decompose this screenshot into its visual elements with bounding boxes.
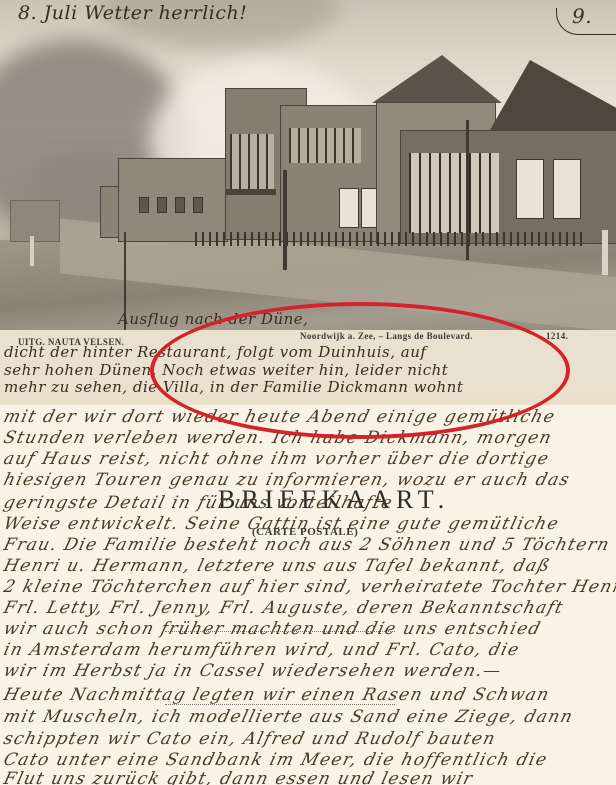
building-chalet-conservatory (400, 130, 616, 244)
handwriting-line: mit der wir dort wieder heute Abend eini… (2, 407, 616, 427)
building-hotel (118, 158, 228, 242)
handwritten-date-note: 8. Juli Wetter herrlich! (18, 2, 247, 24)
handwriting-line: 2 kleine Töchterchen auf hier sind, verh… (2, 577, 616, 597)
handwriting-line: mit Muscheln, ich modellierte aus Sand e… (2, 707, 616, 727)
handwriting-line: Weise entwickelt. Seine Gattin ist eine … (2, 514, 616, 534)
handwriting-line: wir auch schon früher machten und die un… (2, 619, 616, 639)
postcard-photo-side: 8. Juli Wetter herrlich! 9. Ausflug nach… (0, 0, 616, 395)
fence (195, 232, 585, 246)
chalet-roof (490, 60, 616, 130)
pole (466, 120, 469, 260)
handwriting-photo-line: dicht der hinter Restaurant, folgt vom D… (4, 343, 426, 361)
handwriting-line: Cato unter eine Sandbank im Meer, die ho… (2, 750, 616, 770)
page-number-bracket (556, 8, 616, 35)
lamp-post (283, 170, 287, 270)
handwriting-photo-line: sehr hohen Dünen. Noch etwas weiter hin,… (4, 361, 448, 379)
handwriting-line: Flut uns zurück gibt, dann essen und les… (2, 769, 616, 785)
handwriting-photo-line: mehr zu sehen, die Villa, in der Familie… (4, 378, 463, 395)
scan-divider (0, 395, 616, 405)
handwriting-line: Henri u. Hermann, letztere uns aus Tafel… (2, 556, 616, 576)
white-post (602, 230, 608, 275)
building-distant (10, 200, 60, 242)
handwriting-line: Stunden verleben werden. Ich habe Dickma… (2, 428, 616, 448)
handwriting-line: geringste Detail in für uns vorteilhafte (2, 493, 616, 513)
handwriting-line: auf Haus reist, nicht ohne ihm vorher üb… (2, 449, 616, 469)
handwriting-line: schippten wir Cato ein, Alfred und Rudol… (2, 729, 616, 749)
handwriting-line: wir im Herbst ja in Cassel wiedersehen w… (2, 661, 616, 681)
handwriting-photo-line: Ausflug nach der Düne, (118, 310, 308, 328)
handwriting-line: Heute Nachmittag legten wir einen Rasen … (2, 685, 616, 705)
location-caption: Noordwijk a. Zee, – Langs de Boulevard. (300, 331, 473, 341)
boulevard-photograph (0, 0, 616, 330)
postcard-back-side: BRIEFKAART. (CARTE POSTALE) mit der wir … (0, 405, 616, 785)
postcard-scan: 8. Juli Wetter herrlich! 9. Ausflug nach… (0, 0, 616, 785)
handwriting-line: Frl. Letty, Frl. Jenny, Frl. Auguste, de… (2, 598, 616, 618)
handwriting-line: in Amsterdam herumführen wird, und Frl. … (2, 640, 616, 660)
handwriting-line: Frau. Die Familie besteht noch aus 2 Söh… (2, 535, 616, 555)
pyramid-roof (372, 55, 502, 103)
photo-number-caption: 1214. (546, 331, 568, 341)
handwriting-line: hiesigen Touren genau zu informieren, wo… (2, 470, 616, 490)
white-post (30, 236, 34, 266)
